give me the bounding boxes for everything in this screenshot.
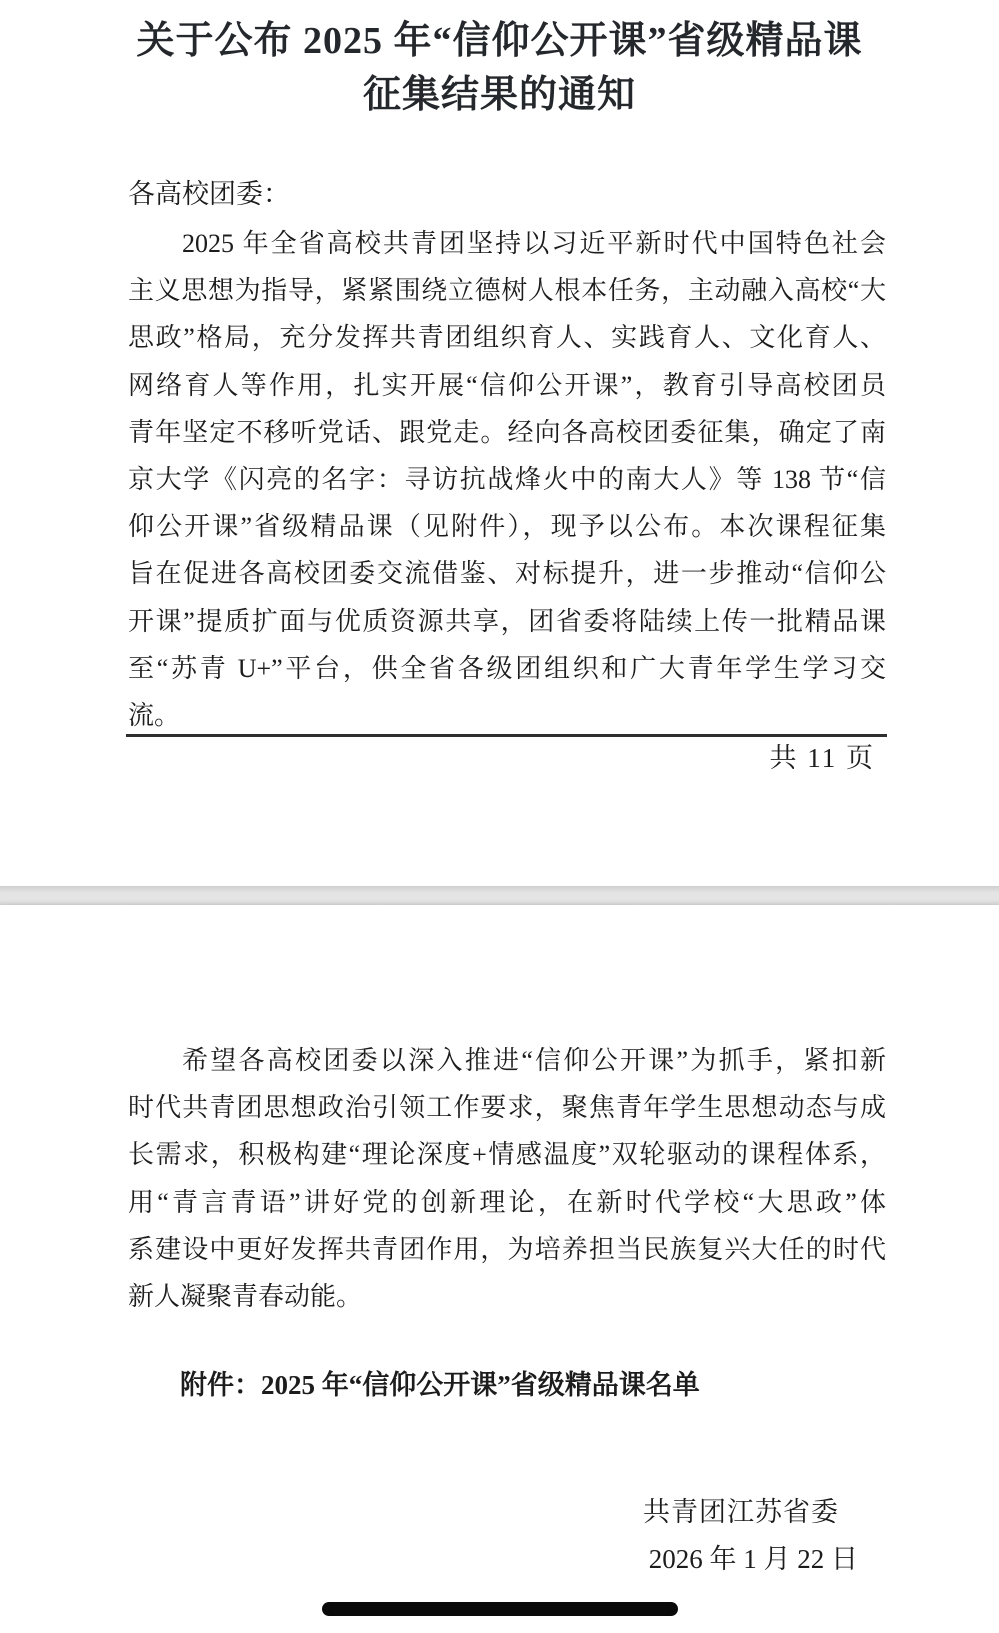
body-line: 用“青言青语”讲好党的创新理论，在新时代学校“大思政”体 bbox=[128, 1179, 886, 1226]
notice-title-line-1: 关于公布 2025 年“信仰公开课”省级精品课 bbox=[0, 14, 999, 68]
body-line: 青年坚定不移听党话、跟党走。经向各高校团委征集，确定了南 bbox=[128, 409, 886, 456]
body-line: 希望各高校团委以深入推进“信仰公开课”为抓手，紧扣新 bbox=[128, 1037, 886, 1084]
notice-body-paragraph-1: 2025 年全省高校共青团坚持以习近平新时代中国特色社会 主义思想为指导，紧紧围… bbox=[128, 220, 886, 739]
attachment-reference: 附件：2025 年“信仰公开课”省级精品课名单 bbox=[180, 1363, 700, 1402]
document-page-1: 关于公布 2025 年“信仰公开课”省级精品课 征集结果的通知 各高校团委： 2… bbox=[0, 0, 999, 886]
body-line: 流。 bbox=[128, 692, 886, 739]
body-line: 思政”格局，充分发挥共青团组织育人、实践育人、文化育人、 bbox=[128, 314, 886, 361]
document-end-bar bbox=[322, 1602, 678, 1616]
body-line: 旨在促进各高校团委交流借鉴、对标提升，进一步推动“信仰公 bbox=[128, 550, 886, 597]
body-line: 新人凝聚青春动能。 bbox=[128, 1273, 886, 1320]
salutation: 各高校团委： bbox=[128, 172, 290, 211]
body-line: 网络育人等作用，扎实开展“信仰公开课”，教育引导高校团员 bbox=[128, 362, 886, 409]
body-line: 时代共青团思想政治引领工作要求，聚焦青年学生思想动态与成 bbox=[128, 1084, 886, 1131]
document-viewer: 关于公布 2025 年“信仰公开课”省级精品课 征集结果的通知 各高校团委： 2… bbox=[0, 0, 999, 1633]
body-line: 至“苏青 U+”平台，供全省各级团组织和广大青年学生学习交 bbox=[128, 645, 886, 692]
document-page-2: 希望各高校团委以深入推进“信仰公开课”为抓手，紧扣新 时代共青团思想政治引领工作… bbox=[0, 905, 999, 1633]
body-line: 主义思想为指导，紧紧围绕立德树人根本任务，主动融入高校“大 bbox=[128, 267, 886, 314]
notice-body-paragraph-2: 希望各高校团委以深入推进“信仰公开课”为抓手，紧扣新 时代共青团思想政治引领工作… bbox=[128, 1037, 886, 1320]
body-line: 2025 年全省高校共青团坚持以习近平新时代中国特色社会 bbox=[128, 220, 886, 267]
body-line: 仰公开课”省级精品课（见附件），现予以公布。本次课程征集 bbox=[128, 503, 886, 550]
body-line: 系建设中更好发挥共青团作用，为培养担当民族复兴大任的时代 bbox=[128, 1226, 886, 1273]
body-line: 开课”提质扩面与优质资源共享，团省委将陆续上传一批精品课 bbox=[128, 598, 886, 645]
body-line: 长需求，积极构建“理论深度+情感温度”双轮驱动的课程体系， bbox=[128, 1131, 886, 1178]
notice-title-line-2: 征集结果的通知 bbox=[0, 68, 999, 122]
footer-divider-rule bbox=[126, 734, 887, 737]
page-separator bbox=[0, 886, 999, 905]
notice-title: 关于公布 2025 年“信仰公开课”省级精品课 征集结果的通知 bbox=[0, 14, 999, 122]
issuer-signature: 共青团江苏省委 bbox=[643, 1497, 839, 1527]
issue-date: 2026 年 1 月 22 日 bbox=[649, 1544, 858, 1574]
body-line: 京大学《闪亮的名字：寻访抗战烽火中的南大人》等 138 节“信 bbox=[128, 456, 886, 503]
page-count-label: 共 11 页 bbox=[770, 743, 876, 773]
